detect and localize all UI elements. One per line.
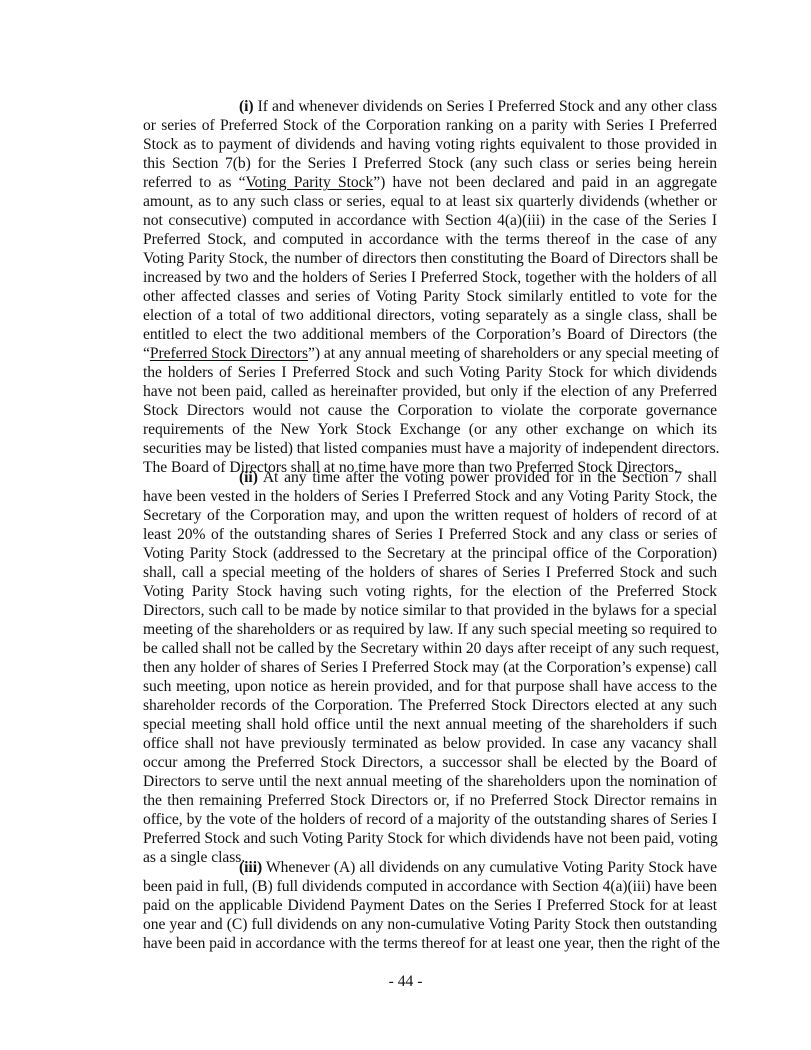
paragraph-label: (ii) bbox=[239, 469, 258, 486]
text-line: paid on the applicable Dividend Payment … bbox=[143, 896, 717, 915]
defined-term-preferred-stock-directors: Preferred Stock Directors bbox=[150, 345, 308, 362]
text-line: Directors, such call to be made by notic… bbox=[143, 601, 717, 620]
text-line: increased by two and the holders of Seri… bbox=[143, 268, 717, 287]
text-line: this Section 7(b) for the Series I Prefe… bbox=[143, 154, 717, 173]
text-line: Preferred Stock and such Voting Parity S… bbox=[143, 829, 717, 848]
text-line: the then remaining Preferred Stock Direc… bbox=[143, 791, 717, 810]
paragraph-iii: (iii) Whenever (A) all dividends on any … bbox=[143, 858, 717, 953]
text-line: special meeting shall hold office until … bbox=[143, 715, 717, 734]
paragraph-ii: (ii) At any time after the voting power … bbox=[143, 468, 717, 867]
text-line: Voting Parity Stock, the number of direc… bbox=[143, 249, 717, 268]
paragraph-i: (i) If and whenever dividends on Series … bbox=[143, 97, 717, 477]
text-line: (i) If and whenever dividends on Series … bbox=[143, 97, 717, 116]
text-line: requirements of the New York Stock Excha… bbox=[143, 420, 717, 439]
text-line: such meeting, upon notice as herein prov… bbox=[143, 677, 717, 696]
text-line: securities may be listed) that listed co… bbox=[143, 439, 717, 458]
text-line: Stock Directors would not cause the Corp… bbox=[143, 401, 717, 420]
text-line: Directors to serve until the next annual… bbox=[143, 772, 717, 791]
text-line: or series of Preferred Stock of the Corp… bbox=[143, 116, 717, 135]
text-line: meeting of the shareholders or as requir… bbox=[143, 620, 717, 639]
text-line: been paid in full, (B) full dividends co… bbox=[143, 877, 717, 896]
text-line: office shall not have previously termina… bbox=[143, 734, 717, 753]
text-line: entitled to elect the two additional mem… bbox=[143, 325, 717, 344]
text-line: election of a total of two additional di… bbox=[143, 306, 717, 325]
text-line: shall, call a special meeting of the hol… bbox=[143, 563, 717, 582]
text-line: amount, as to any such class or series, … bbox=[143, 192, 717, 211]
text-line: referred to as “Voting Parity Stock”) ha… bbox=[143, 173, 717, 192]
text-line: (ii) At any time after the voting power … bbox=[143, 468, 717, 487]
text-line: Secretary of the Corporation may, and up… bbox=[143, 506, 717, 525]
text-line: have not been paid, called as hereinafte… bbox=[143, 382, 717, 401]
page-number: - 44 - bbox=[0, 972, 811, 991]
text-line: least 20% of the outstanding shares of S… bbox=[143, 525, 717, 544]
text-line: office, by the vote of the holders of re… bbox=[143, 810, 717, 829]
text-line: not consecutive) computed in accordance … bbox=[143, 211, 717, 230]
text-line: occur among the Preferred Stock Director… bbox=[143, 753, 717, 772]
text-line: Voting Parity Stock (addressed to the Se… bbox=[143, 544, 717, 563]
defined-term-voting-parity-stock: Voting Parity Stock bbox=[245, 174, 373, 191]
text-line: shareholder records of the Corporation. … bbox=[143, 696, 717, 715]
text-line: (iii) Whenever (A) all dividends on any … bbox=[143, 858, 717, 877]
text-line: then any holder of shares of Series I Pr… bbox=[143, 658, 717, 677]
document-page: (i) If and whenever dividends on Series … bbox=[0, 0, 811, 1050]
text-line: Stock as to payment of dividends and hav… bbox=[143, 135, 717, 154]
text-line: be called shall not be called by the Sec… bbox=[143, 639, 717, 658]
text-line: other affected classes and series of Vot… bbox=[143, 287, 717, 306]
paragraph-label: (i) bbox=[239, 98, 254, 115]
text-line: the holders of Series I Preferred Stock … bbox=[143, 363, 717, 382]
paragraph-label: (iii) bbox=[239, 859, 262, 876]
text-line: have been paid in accordance with the te… bbox=[143, 934, 717, 953]
text-line: Preferred Stock, and computed in accorda… bbox=[143, 230, 717, 249]
text-line: Voting Parity Stock having such voting r… bbox=[143, 582, 717, 601]
text-line: have been vested in the holders of Serie… bbox=[143, 487, 717, 506]
text-line: “Preferred Stock Directors”) at any annu… bbox=[143, 344, 717, 363]
text-line: one year and (C) full dividends on any n… bbox=[143, 915, 717, 934]
